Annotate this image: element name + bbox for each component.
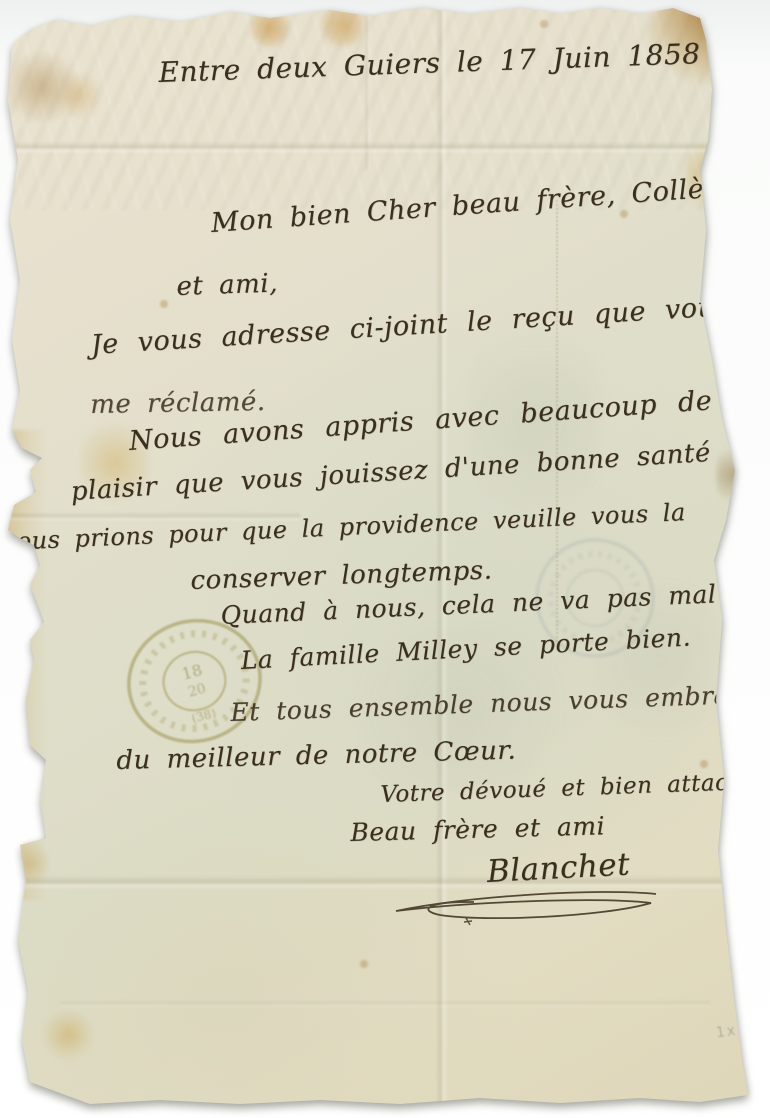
- salutation-line-2: et ami,: [176, 268, 278, 302]
- foxing-dot: [360, 960, 368, 968]
- foxing-dot: [700, 760, 708, 768]
- closing-line-1: Votre dévoué et bien attaché: [380, 769, 758, 808]
- foxing-dot: [620, 210, 628, 218]
- scanned-letter-photo: 18 20 (38) Entre deux Guiers le 17 Juin …: [0, 0, 770, 1118]
- foxing-dot: [540, 20, 548, 28]
- postmark-date-line-1: 18: [180, 660, 205, 684]
- salutation-line-1: Mon bien Cher beau frère, Collègue: [210, 170, 757, 239]
- body-line-2: me réclamé.: [90, 387, 266, 420]
- body-line-6: conserver longtemps.: [190, 555, 493, 596]
- stain-top-left-2: [2, 52, 80, 122]
- flourish-loop: [396, 892, 656, 918]
- stain-top-middle-2: [318, 2, 368, 48]
- letter-paper: 18 20 (38) Entre deux Guiers le 17 Juin …: [0, 0, 770, 1118]
- dateline: Entre deux Guiers le 17 Juin 1858: [158, 37, 701, 89]
- stain-right-tear: [716, 440, 750, 510]
- flourish-tick: [464, 918, 472, 925]
- postmark-date-line-2: 20: [186, 681, 207, 701]
- signature-text: Blanchet: [486, 847, 631, 890]
- torn-edge-yellowing: [0, 430, 46, 900]
- fold-crease-horizontal-faint: [60, 1000, 710, 1008]
- signature-flourish: [388, 888, 660, 928]
- stain-left-lower: [10, 840, 50, 886]
- foxing-dot: [160, 300, 168, 308]
- body-line-9: Et tous ensemble nous vous embrassons: [230, 678, 770, 727]
- fold-crease-vertical-top: [364, 0, 372, 170]
- fold-crease-horizontal-top: [0, 142, 770, 154]
- paper-shadow-wrap: 18 20 (38) Entre deux Guiers le 17 Juin …: [0, 0, 770, 1118]
- pencil-mark: 1x: [715, 1023, 738, 1042]
- stain-bottom-left: [40, 1010, 96, 1060]
- stain-top-left-1: [52, 72, 104, 118]
- closing-line-2: Beau frère et ami: [350, 811, 605, 847]
- stain-top-middle-1: [248, 8, 292, 48]
